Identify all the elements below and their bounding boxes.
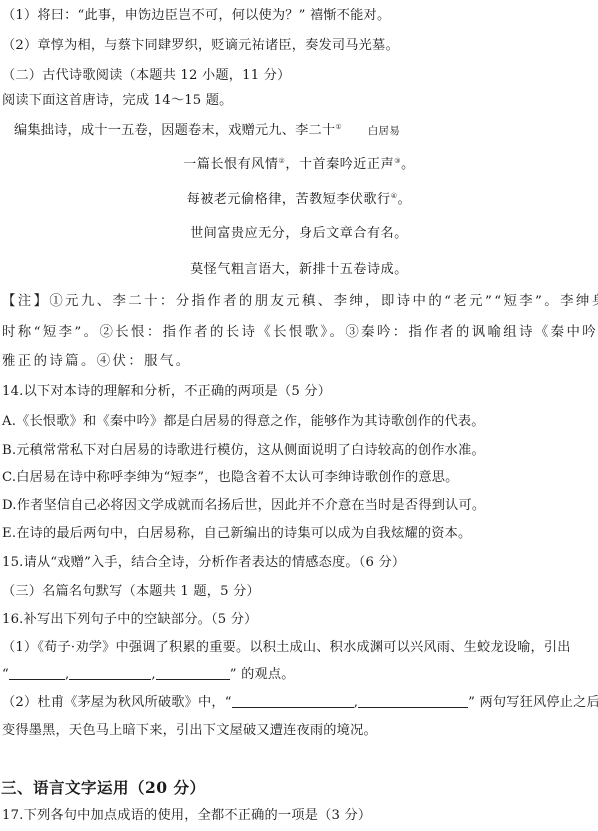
q16-part-1-tail: ” 的观点。 [230,667,295,682]
question-16-stem: 16.补写出下列句子中的空缺部分。（5 分） [2,611,258,629]
notes-line-2: 时称“短李”。②长恨：指作者的长诗《长恨歌》。③秦吟：指作者的讽喻组诗《秦中吟》… [2,324,598,342]
question-17-stem: 17.下列各句中加点成语的使用，全都不正确的一项是（3 分） [2,807,371,825]
quote-mark: “ [2,667,9,682]
q16-part-2: （2）杜甫《茅屋为秋风所破歌》中，“,” 两句写狂风停止之后云层 [2,694,598,712]
answer-blank[interactable] [69,667,151,680]
answer-blank[interactable] [9,667,65,680]
poem-text: ，十首秦吟近正声 [285,157,394,172]
section-heading-poetry: （二）古代诗歌阅读（本题共 12 小题，11 分） [2,67,291,85]
poem-title: 编集拙诗，成十一五卷，因题卷末，戏赠元九、李二十 [14,123,335,138]
poem-line-4: 莫怪气粗言语大，新排十五卷诗成。 [0,261,598,279]
poetry-instruction: 阅读下面这首唐诗，完成 14～15 题。 [2,92,233,110]
poem-author: 白居易 [368,125,400,137]
poem-text: 。 [401,157,415,172]
poem-title-line: 编集拙诗，成十一五卷，因题卷末，戏赠元九、李二十①白居易 [14,118,400,140]
footnote-marker: ① [335,123,341,131]
poem-text: 每被老元偷格律，苦教短李伏歌行 [187,192,391,207]
question-14-stem: 14.以下对本诗的理解和分析，不正确的两项是（5 分） [2,383,331,401]
footnote-marker: ④ [391,192,398,200]
poem-line-1: 一篇长恨有风情②，十首秦吟近正声③。 [0,152,598,174]
answer-blank[interactable] [156,667,230,680]
q16-part-1: （1）《荀子·劝学》中强调了积累的重要。以积土成山、积水成渊可以兴风雨、生蛟龙设… [2,639,571,657]
notes-line-3: 雅正的诗篇。④伏：服气。 [2,353,192,371]
answer-line-2: （2）章惇为相，与蔡卞同肆罗织，贬谪元祐诸臣，奏发司马光墓。 [2,37,399,55]
answer-blank[interactable] [358,695,468,708]
q14-option-e: E.在诗的最后两句中，白居易称，自己新编出的诗集可以成为自我炫耀的资本。 [2,525,471,543]
poem-line-2: 每被老元偷格律，苦教短李伏歌行④。 [0,187,598,209]
q14-option-a: A.《长恨歌》和《秦中吟》都是白居易的得意之作，能够作为其诗歌创作的代表。 [2,413,485,431]
q14-option-d: D.作者坚信自己必将因文学成就而名扬后世，因此并不介意在当时是否得到认可。 [2,497,485,515]
section-heading-dictation: （三）名篇名句默写（本题共 1 题，5 分） [2,583,260,601]
q16-part-2-tail: ” 两句写狂风停止之后云层 [468,695,598,710]
q14-option-b: B.元稹常常私下对白居易的诗歌进行模仿，这从侧面说明了白诗较高的创作水准。 [2,442,485,460]
poem-text: 。 [398,192,412,207]
section-heading-language: 三、语言文字运用（20 分） [1,779,205,797]
q16-part-2-continued: 变得墨黑，天色马上暗下来，引出下文屋破又遭连夜雨的境况。 [2,722,377,740]
q16-part-1-blanks: “,,” 的观点。 [2,666,295,684]
poem-text: 一篇长恨有风情 [183,157,278,172]
poem-line-3: 世间富贵应无分，身后文章合有名。 [0,225,598,243]
answer-line-1: （1）将曰：“此事，申饬边臣岂不可，何以使为？” 禧惭不能对。 [2,7,390,25]
notes-line-1: 【注】①元九、李二十：分指作者的朋友元稹、李绅，即诗中的“老元”“短李”。李绅身… [2,293,598,311]
answer-blank[interactable] [232,695,354,708]
q16-part-2-lead: （2）杜甫《茅屋为秋风所破歌》中，“ [2,695,232,710]
question-15-stem: 15.请从“戏赠”入手，结合全诗，分析作者表达的情感态度。（6 分） [2,554,405,572]
q14-option-c: C.白居易在诗中称呼李绅为“短李”，也隐含着不太认可李绅诗歌创作的意思。 [2,469,459,487]
